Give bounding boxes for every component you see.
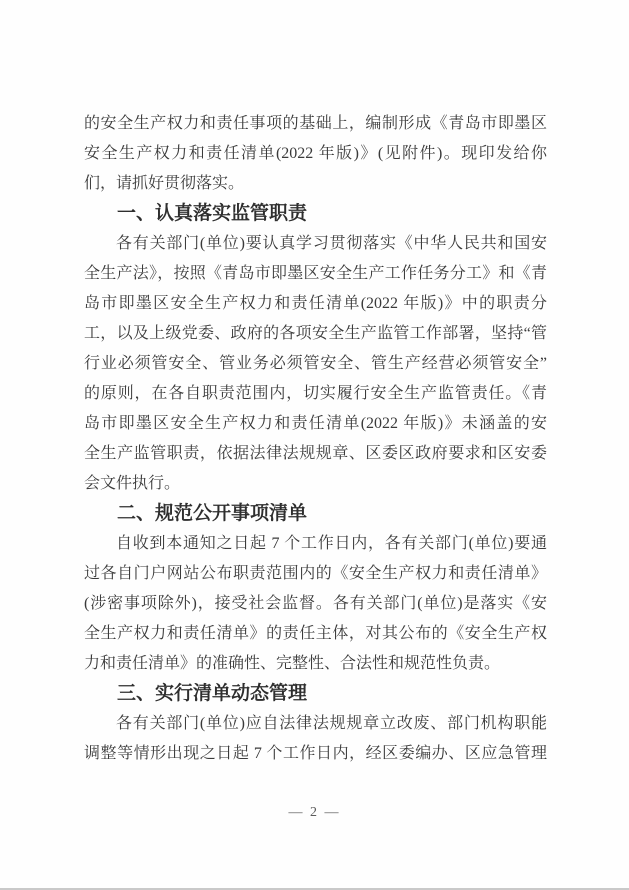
section-heading-2: 二、规范公开事项清单 (84, 499, 547, 529)
text-line: 调整等情形出现之日起 7 个工作日内，经区委编办、区应急管理 (84, 739, 547, 769)
text-line: 各有关部门(单位)要认真学习贯彻落实《中华人民共和国安 (84, 229, 547, 259)
text-line: 全生产法》，按照《青岛市即墨区安全生产工作任务分工》和《青 (84, 259, 547, 289)
text-line: (涉密事项除外)，接受社会监督。各有关部门(单位)是落实《安 (84, 589, 547, 619)
text-line: 岛市即墨区安全生产权力和责任清单(2022 年版)》中的职责分 (84, 289, 547, 319)
text-line: 安全生产权力和责任清单(2022 年版)》(见附件)。现印发给你 (84, 139, 547, 169)
text-line: 的原则，在各自职责范围内，切实履行安全生产监管责任。《青 (84, 379, 547, 409)
document-body: 的安全生产权力和责任事项的基础上，编制形成《青岛市即墨区 安全生产权力和责任清单… (84, 109, 547, 769)
text-line: 过各自门户网站公布职责范围内的《安全生产权力和责任清单》 (84, 559, 547, 589)
document-page: 的安全生产权力和责任事项的基础上，编制形成《青岛市即墨区 安全生产权力和责任清单… (0, 0, 629, 890)
text-line: 工，以及上级党委、政府的各项安全生产监管工作部署，坚持“管 (84, 319, 547, 349)
section-heading-1: 一、认真落实监管职责 (84, 199, 547, 229)
text-line: 们，请抓好贯彻落实。 (84, 169, 547, 199)
text-line: 力和责任清单》的准确性、完整性、合法性和规范性负责。 (84, 649, 547, 679)
section-heading-3: 三、实行清单动态管理 (84, 679, 547, 709)
text-line: 全生产监管职责，依据法律法规规章、区委区政府要求和区安委 (84, 439, 547, 469)
text-line: 各有关部门(单位)应自法律法规规章立改废、部门机构职能 (84, 709, 547, 739)
page-number: — 2 — (0, 803, 629, 823)
text-line: 会文件执行。 (84, 469, 547, 499)
text-line: 的安全生产权力和责任事项的基础上，编制形成《青岛市即墨区 (84, 109, 547, 139)
text-line: 自收到本通知之日起 7 个工作日内，各有关部门(单位)要通 (84, 529, 547, 559)
text-line: 岛市即墨区安全生产权力和责任清单(2022 年版)》未涵盖的安 (84, 409, 547, 439)
text-line: 全生产权力和责任清单》的责任主体，对其公布的《安全生产权 (84, 619, 547, 649)
text-line: 行业必须管安全、管业务必须管安全、管生产经营必须管安全” (84, 349, 547, 379)
